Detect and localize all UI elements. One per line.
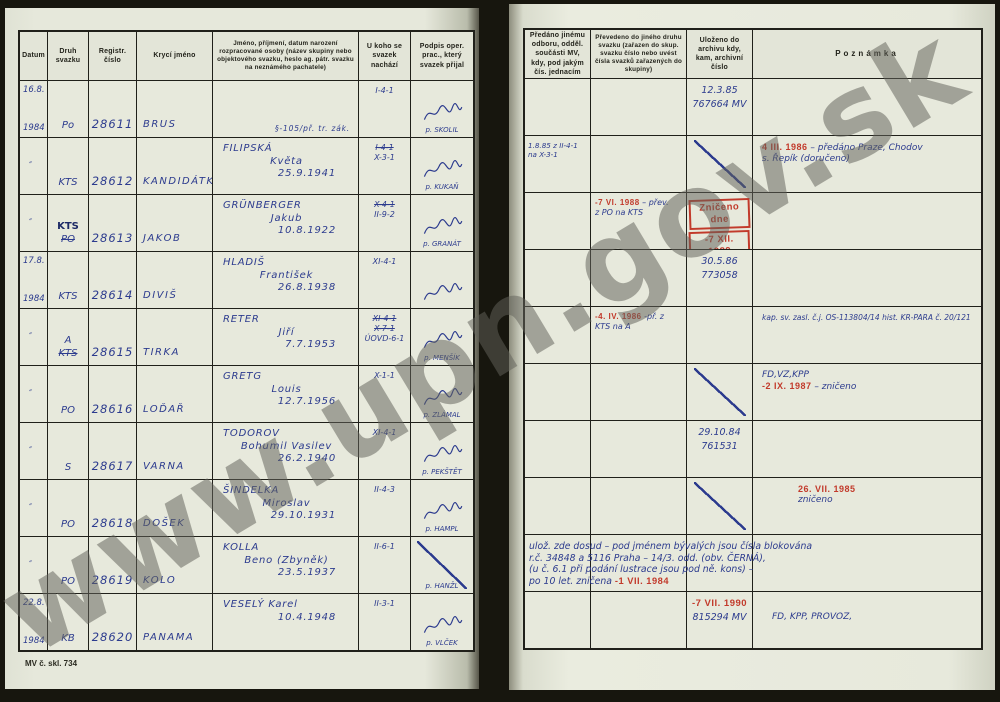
signature-scribble <box>420 442 464 468</box>
handwriting-line: ŠINDELKA <box>223 485 350 498</box>
handwriting-line: kap. sv. zasl. č.j. OS-113804/14 hist. K… <box>762 313 972 322</box>
marginal-note-line: (u č. 6.1 při podání lustrace jsou pod n… <box>529 564 969 576</box>
handwriting-line: 767664 MV <box>693 99 747 111</box>
registration-number: 28620 <box>92 630 134 644</box>
strike-slash <box>694 140 746 187</box>
handwriting-line: §-105/př. tr. zák. <box>223 124 350 133</box>
handwriting-line: 1984 <box>23 123 45 134</box>
right-column-header: Poznámka <box>753 30 981 78</box>
handwriting-line: FD, KPP, PROVOZ, <box>762 612 972 623</box>
jmeno-cell: TODOROVBohumil Vasilev26.2.1940 <box>213 423 358 479</box>
predano-cell <box>525 250 590 306</box>
handwriting-line: ″ <box>29 503 32 514</box>
poznamka-cell: FD,VZ,KPP-2 IX. 1987 – zničeno <box>753 364 981 420</box>
handwriting-line: II-4-3 <box>361 485 408 495</box>
marginal-note: ulož. zde dosud – pod jménem bývalých js… <box>529 541 969 587</box>
handwriting-line: X-4-1 <box>361 200 408 210</box>
predano-cell <box>525 421 590 477</box>
handwriting-line: Beno (Zbyněk) <box>223 555 350 568</box>
poznamka-cell <box>753 193 981 249</box>
signature-scribble <box>420 100 464 126</box>
signature-caption: p. SKOLIL <box>425 126 458 135</box>
ulozeno-cell: Zničeno dne-7 XII. 1989 <box>687 193 752 249</box>
handwriting-line: II-9-2 <box>361 210 408 220</box>
registration-number: 28612 <box>92 174 134 188</box>
registracni-cislo-cell: 28616 <box>89 366 136 422</box>
left-column-header: U koho se svazek nachází <box>359 32 410 80</box>
ulozeno-cell: 29.10.84761531 <box>687 421 752 477</box>
u-koho-cell: X-1-1 <box>359 366 410 422</box>
jmeno-cell: §-105/př. tr. zák. <box>213 81 358 137</box>
handwriting-line: KOLLA <box>223 542 350 555</box>
handwriting-line: 10.8.1922 <box>223 225 350 238</box>
handwriting-line: Po <box>62 120 74 133</box>
handwriting-line: -7 XII. 1989 <box>688 230 750 249</box>
left-column-header: Druh svazku <box>48 32 88 80</box>
handwriting-line: PO <box>61 234 75 247</box>
predano-cell <box>525 307 590 363</box>
handwriting-line: Jiří <box>223 327 350 340</box>
handwriting-line: 12.3.85 <box>701 85 737 97</box>
datum-cell: ″ <box>20 195 47 251</box>
poznamka-cell: FD, KPP, PROVOZ, <box>753 592 981 648</box>
jmeno-cell: HLADIŠFrantišek26.8.1938 <box>213 252 358 308</box>
ulozeno-cell: 30.5.86773058 <box>687 250 752 306</box>
handwriting-line: 25.9.1941 <box>223 168 350 181</box>
ulozeno-cell <box>687 478 752 534</box>
registracni-cislo-cell: 28612 <box>89 138 136 194</box>
handwriting-line: 26.2.1940 <box>223 453 350 466</box>
marginal-note-line: po 10 let. zničena -1 VII. 1984 <box>529 576 969 588</box>
date-stamp: -7 VI. 1988 <box>595 198 640 207</box>
registracni-cislo-cell: 28614 <box>89 252 136 308</box>
ulozeno-cell: 12.3.85767664 MV <box>687 79 752 135</box>
signature-scribble <box>420 613 464 639</box>
u-koho-cell: XI-4-1 <box>359 252 410 308</box>
registracni-cislo-cell: 28611 <box>89 81 136 137</box>
poznamka-cell <box>753 79 981 135</box>
handwriting-line: 815294 MV <box>693 612 747 624</box>
datum-cell: ″ <box>20 480 47 536</box>
handwriting-line: XI-4-1 <box>361 314 408 324</box>
ulozeno-cell: -7 VII. 1990815294 MV <box>687 592 752 648</box>
prevedeno-cell <box>591 250 686 306</box>
predano-cell <box>525 364 590 420</box>
handwriting-line: I-4-1 <box>361 143 408 153</box>
signature-scribble <box>420 385 464 411</box>
handwriting-line: z PO na KTS <box>595 208 682 218</box>
handwriting-line: 1984 <box>23 636 45 647</box>
ulozeno-cell <box>687 136 752 192</box>
datum-cell: 22.8.1984 <box>20 594 47 650</box>
podpis-cell: p. HANŽL <box>411 537 473 593</box>
kryci-jmeno-cell: TIRKA <box>137 309 212 365</box>
date-stamp: -1 VII. 1984 <box>615 576 669 586</box>
handwriting-line: FILIPSKÁ <box>223 143 350 156</box>
druh-svazku-cell: S <box>48 423 88 479</box>
strike-slash <box>694 482 746 529</box>
signature-caption: p. KUKAŇ <box>425 183 458 192</box>
cover-name: TIRKA <box>143 347 210 360</box>
handwriting-line: ″ <box>29 332 32 343</box>
prevedeno-cell: -4. IV. 1986 -př. zKTS na A <box>591 307 686 363</box>
druh-svazku-cell: KB <box>48 594 88 650</box>
signature-caption: p. PEKŠTĚT <box>422 468 462 477</box>
u-koho-cell: I-4-1 <box>359 81 410 137</box>
cover-name: DOŠEK <box>143 518 210 531</box>
right-column-header: Předáno jinému odboru, odděl. součásti M… <box>525 30 590 78</box>
registration-number: 28618 <box>92 516 134 530</box>
form-number-label: MV č. skl. 734 <box>25 659 77 668</box>
cover-name: PANAMA <box>143 632 210 645</box>
prevedeno-cell: -7 VI. 1988 – přev.z PO na KTS <box>591 193 686 249</box>
handwriting-line: 10.4.1948 <box>223 612 350 625</box>
handwriting-line: 29.10.1931 <box>223 510 350 523</box>
registracni-cislo-cell: 28618 <box>89 480 136 536</box>
date-stamp: -4. IV. 1986 <box>595 312 642 321</box>
kryci-jmeno-cell: DOŠEK <box>137 480 212 536</box>
prevedeno-cell <box>591 421 686 477</box>
datum-cell: 16.8.1984 <box>20 81 47 137</box>
podpis-cell: p. KUKAŇ <box>411 138 473 194</box>
kryci-jmeno-cell: KANDIDÁTKA <box>137 138 212 194</box>
druh-svazku-cell: PO <box>48 480 88 536</box>
poznamka-cell: 4 III. 1986 – předáno Praze, Chodovs. Ře… <box>753 136 981 192</box>
handwriting: – přev. <box>640 198 669 207</box>
cover-name: VARNA <box>143 461 210 474</box>
ulozeno-cell <box>687 364 752 420</box>
handwriting: s. Řepík (doručeno) <box>762 154 850 164</box>
handwriting-line: 1.8.85 z II-4-1 <box>528 141 587 150</box>
signature-scribble <box>420 328 464 354</box>
handwriting-line: II-6-1 <box>361 542 408 552</box>
handwriting-line: ″ <box>29 218 32 229</box>
registration-number: 28619 <box>92 573 134 587</box>
right-column-header: Převedeno do jiného druhu svazku (zařaze… <box>591 30 686 78</box>
druh-svazku-cell: KTS <box>48 138 88 194</box>
handwriting: – zničeno <box>812 382 857 392</box>
handwriting-line: KTS <box>57 221 79 234</box>
predano-cell <box>525 193 590 249</box>
handwriting-line: VESELÝ Karel <box>223 599 350 612</box>
handwriting-line: X-1-1 <box>361 371 408 381</box>
handwriting-line: X-7-1 <box>361 324 408 334</box>
kryci-jmeno-cell: BRUS <box>137 81 212 137</box>
signature-scribble <box>420 280 464 306</box>
handwriting-line: KTS <box>58 177 77 190</box>
handwriting-line: 29.10.84 <box>698 427 740 439</box>
handwriting-line: Louis <box>223 384 350 397</box>
kryci-jmeno-cell: KOLO <box>137 537 212 593</box>
registration-number: 28615 <box>92 345 134 359</box>
u-koho-cell: II-3-1 <box>359 594 410 650</box>
jmeno-cell: GRETGLouis12.7.1956 <box>213 366 358 422</box>
handwriting-line: HLADIŠ <box>223 257 350 270</box>
predano-cell <box>525 79 590 135</box>
handwriting-line: PO <box>61 576 75 589</box>
handwriting-line: 1984 <box>23 294 45 305</box>
signature-caption: p. HAMPL <box>425 525 458 534</box>
registracni-cislo-cell: 28617 <box>89 423 136 479</box>
cover-name: LOĎAŘ <box>143 404 210 417</box>
registracni-cislo-cell: 28620 <box>89 594 136 650</box>
poznamka-cell: kap. sv. zasl. č.j. OS-113804/14 hist. K… <box>753 307 981 363</box>
left-column-header: Datum <box>20 32 47 80</box>
handwriting-line: Květa <box>223 156 350 169</box>
marginal-note-line: ulož. zde dosud – pod jménem bývalých js… <box>529 541 969 553</box>
podpis-cell: p. SKOLIL <box>411 81 473 137</box>
handwriting-line: XI-4-1 <box>361 428 408 438</box>
handwriting-line: PO <box>61 519 75 532</box>
registration-number: 28617 <box>92 459 134 473</box>
left-column-header: Krycí jméno <box>137 32 212 80</box>
handwriting-line: 22.8. <box>23 598 45 609</box>
prevedeno-cell <box>591 364 686 420</box>
left-column-header: Podpis oper. prac., který svazek přijal <box>411 32 473 80</box>
handwriting-line: TODOROV <box>223 428 350 441</box>
druh-svazku-cell: Po <box>48 81 88 137</box>
signature-scribble <box>420 157 464 183</box>
datum-cell: ″ <box>20 423 47 479</box>
datum-cell: 17.8.1984 <box>20 252 47 308</box>
handwriting-line: -7 VI. 1988 – přev. <box>595 198 682 208</box>
handwriting-line: ÚOVD-6-1 <box>361 334 408 344</box>
handwriting-line: KTS <box>58 348 77 361</box>
u-koho-cell: II-6-1 <box>359 537 410 593</box>
handwriting-line: -4. IV. 1986 -př. z <box>595 312 682 322</box>
u-koho-cell: II-4-3 <box>359 480 410 536</box>
ledger-left-page: DatumDruh svazkuRegistr. čísloKrycí jmén… <box>5 8 479 689</box>
registracni-cislo-cell: 28613 <box>89 195 136 251</box>
registracni-cislo-cell: 28619 <box>89 537 136 593</box>
datum-cell: ″ <box>20 138 47 194</box>
u-koho-cell: XI-4-1X-7-1ÚOVD-6-1 <box>359 309 410 365</box>
handwriting-line: KTS <box>58 291 77 304</box>
handwriting-line: FD,VZ,KPP <box>762 370 972 381</box>
ledger-right-page: Předáno jinému odboru, odděl. součásti M… <box>509 4 995 690</box>
handwriting-line: KB <box>61 633 74 646</box>
cover-name: JAKOB <box>143 233 210 246</box>
kryci-jmeno-cell: LOĎAŘ <box>137 366 212 422</box>
strike-slash <box>694 368 746 415</box>
prevedeno-cell <box>591 79 686 135</box>
podpis-cell: p. VLČEK <box>411 594 473 650</box>
cover-name: BRUS <box>143 119 210 132</box>
handwriting-line: PO <box>61 405 75 418</box>
handwriting-line: 26. VII. 1985 <box>762 484 972 495</box>
handwriting-line: Zničeno dne <box>688 198 750 230</box>
predano-cell: 1.8.85 z II-4-1na X-3-1 <box>525 136 590 192</box>
handwriting-line: Jakub <box>223 213 350 226</box>
right-column-header: Uloženo do archivu kdy, kam, archivní čí… <box>687 30 752 78</box>
handwriting-line: 4 III. 1986 – předáno Praze, Chodov <box>762 142 972 154</box>
left-registry-table: DatumDruh svazkuRegistr. čísloKrycí jmén… <box>18 30 475 652</box>
prevedeno-cell <box>591 478 686 534</box>
jmeno-cell: KOLLABeno (Zbyněk)23.5.1937 <box>213 537 358 593</box>
handwriting: – předáno Praze, Chodov <box>808 143 923 153</box>
handwriting-line: 17.8. <box>23 256 45 267</box>
handwriting-line: II-3-1 <box>361 599 408 609</box>
signature-scribble <box>420 499 464 525</box>
podpis-cell: p. GRANÁT <box>411 195 473 251</box>
handwriting-line: 26.8.1938 <box>223 282 350 295</box>
druh-svazku-cell: PO <box>48 366 88 422</box>
cover-name: KOLO <box>143 575 210 588</box>
cover-name: KANDIDÁTKA <box>143 176 210 189</box>
handwriting: -př. z <box>642 312 664 321</box>
handwriting-line: 773058 <box>701 270 737 282</box>
handwriting-line: ″ <box>29 389 32 400</box>
registration-number: 28611 <box>92 117 134 131</box>
signature-caption: p. ZLÁMAL <box>423 411 460 420</box>
jmeno-cell: ŠINDELKAMiroslav29.10.1931 <box>213 480 358 536</box>
signature-caption: p. MENŠÍK <box>424 354 460 363</box>
date-stamp: -2 IX. 1987 <box>762 381 812 391</box>
cover-name: DIVIŠ <box>143 290 210 303</box>
ulozeno-cell <box>687 307 752 363</box>
jmeno-cell: RETERJiří7.7.1953 <box>213 309 358 365</box>
datum-cell: ″ <box>20 537 47 593</box>
druh-svazku-cell: KTSPO <box>48 195 88 251</box>
u-koho-cell: X-4-1II-9-2 <box>359 195 410 251</box>
handwriting-line: František <box>223 270 350 283</box>
handwriting-line: 761531 <box>701 441 737 453</box>
predano-cell <box>525 592 590 648</box>
signature-scribble <box>420 214 464 240</box>
strike-slash <box>417 541 467 588</box>
podpis-cell: p. MENŠÍK <box>411 309 473 365</box>
jmeno-cell: VESELÝ Karel10.4.1948 <box>213 594 358 650</box>
left-column-header: Jméno, příjmení, datum narození rozpraco… <box>213 32 358 80</box>
poznamka-cell: 26. VII. 1985zničeno <box>753 478 981 534</box>
handwriting-line: s. Řepík (doručeno) <box>762 154 972 165</box>
podpis-cell <box>411 252 473 308</box>
registration-number: 28613 <box>92 231 134 245</box>
druh-svazku-cell: KTS <box>48 252 88 308</box>
jmeno-cell: GRÜNBERGERJakub10.8.1922 <box>213 195 358 251</box>
kryci-jmeno-cell: JAKOB <box>137 195 212 251</box>
handwriting-line: Miroslav <box>223 498 350 511</box>
date-stamp: 4 III. 1986 <box>762 142 808 152</box>
handwriting-line: ″ <box>29 446 32 457</box>
marginal-note-line: r.č. 34848 a 5116 Praha – 14/3. odd. (ob… <box>529 553 969 565</box>
signature-caption: p. VLČEK <box>426 639 457 648</box>
handwriting-line: S <box>65 462 71 475</box>
podpis-cell: p. PEKŠTĚT <box>411 423 473 479</box>
handwriting-line: ″ <box>29 560 32 571</box>
handwriting-line: KTS na A <box>595 322 682 332</box>
kryci-jmeno-cell: VARNA <box>137 423 212 479</box>
datum-cell: ″ <box>20 309 47 365</box>
scanned-registry-document: { "watermark": "www.upn.gov.sk", "footer… <box>0 0 1000 702</box>
predano-cell <box>525 478 590 534</box>
handwriting-line: 30.5.86 <box>701 256 737 268</box>
prevedeno-cell <box>591 136 686 192</box>
datum-cell: ″ <box>20 366 47 422</box>
handwriting-line: na X-3-1 <box>528 150 587 159</box>
handwriting-line: GRÜNBERGER <box>223 200 350 213</box>
handwriting-line: 23.5.1937 <box>223 567 350 580</box>
prevedeno-cell <box>591 592 686 648</box>
podpis-cell: p. ZLÁMAL <box>411 366 473 422</box>
podpis-cell: p. HAMPL <box>411 480 473 536</box>
jmeno-cell: FILIPSKÁKvěta25.9.1941 <box>213 138 358 194</box>
registracni-cislo-cell: 28615 <box>89 309 136 365</box>
handwriting-line: Bohumil Vasilev <box>223 441 350 454</box>
handwriting-line: RETER <box>223 314 350 327</box>
handwriting-line: -2 IX. 1987 – zničeno <box>762 381 972 393</box>
handwriting-line: I-4-1 <box>361 86 408 96</box>
handwriting-line: ″ <box>29 161 32 172</box>
u-koho-cell: XI-4-1 <box>359 423 410 479</box>
druh-svazku-cell: AKTS <box>48 309 88 365</box>
handwriting-line: 12.7.1956 <box>223 396 350 409</box>
poznamka-cell <box>753 421 981 477</box>
handwriting-line: XI-4-1 <box>361 257 408 267</box>
handwriting-line: 16.8. <box>23 85 45 96</box>
kryci-jmeno-cell: PANAMA <box>137 594 212 650</box>
registration-number: 28616 <box>92 402 134 416</box>
poznamka-cell <box>753 250 981 306</box>
handwriting-line: GRETG <box>223 371 350 384</box>
handwriting-line: 7.7.1953 <box>223 339 350 352</box>
handwriting: po 10 let. zničena <box>529 576 615 587</box>
handwriting-line: -7 VII. 1990 <box>692 598 747 610</box>
handwriting-line: A <box>65 335 72 348</box>
handwriting-line: zničeno <box>762 495 972 506</box>
handwriting-line: X-3-1 <box>361 153 408 163</box>
signature-caption: p. GRANÁT <box>423 240 461 249</box>
kryci-jmeno-cell: DIVIŠ <box>137 252 212 308</box>
registration-number: 28614 <box>92 288 134 302</box>
druh-svazku-cell: PO <box>48 537 88 593</box>
u-koho-cell: I-4-1X-3-1 <box>359 138 410 194</box>
left-column-header: Registr. číslo <box>89 32 136 80</box>
